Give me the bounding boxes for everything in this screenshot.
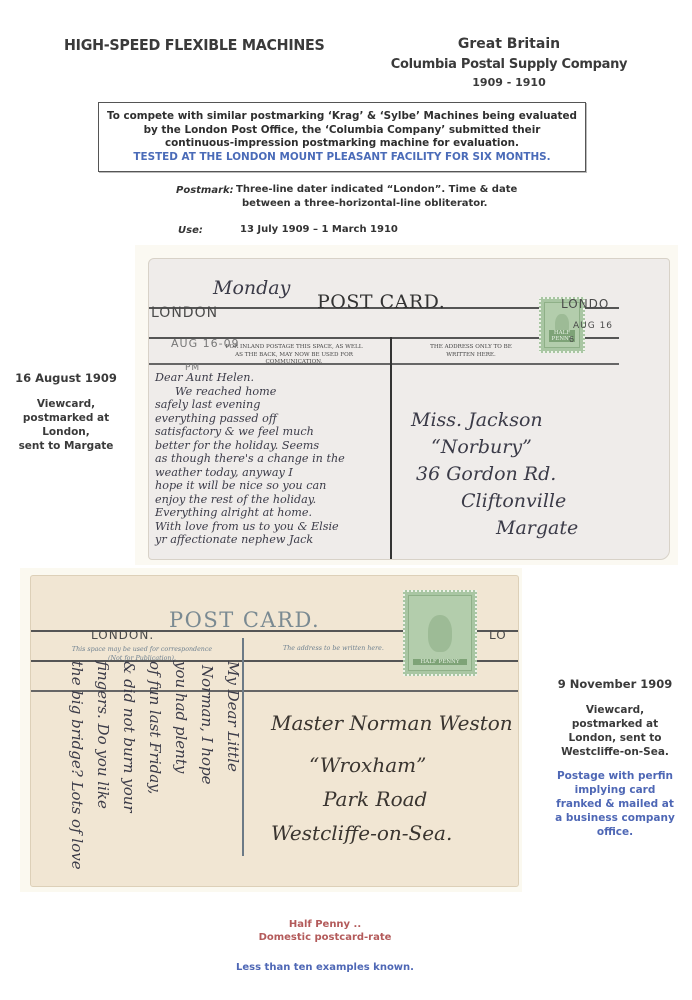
page-title: HIGH-SPEED FLEXIBLE MACHINES [64, 36, 324, 54]
info-line: continuous-impression postmarking machin… [99, 137, 585, 151]
card1-right-note: THE ADDRESS ONLY TO BE WRITTEN HERE. [411, 344, 531, 359]
stamp-label: HALF PENNY [413, 659, 467, 665]
card2-postmark-city: LONDON. [91, 628, 154, 642]
card1-stamp-postmark-city: LONDO [561, 297, 609, 311]
card2-desc-line: Westcliffe-on-Sea. [538, 745, 692, 759]
address-line: “Wroxham” [271, 748, 513, 782]
postmark-line-2: between a three-horizontal-line oblitera… [242, 197, 487, 211]
address-line: “Norbury” [411, 434, 578, 461]
rate-line: Half Penny .. [200, 918, 450, 931]
years-heading: 1909 - 1910 [378, 76, 640, 89]
card2-desc-line: London, sent to [538, 731, 692, 745]
message-line: hope it will be nice so you can [155, 479, 391, 493]
message-line: satisfactory & we feel much [155, 425, 391, 439]
perfin-note-line: a business company [538, 811, 692, 825]
address-line: Park Road [271, 782, 513, 816]
address-line: Cliftonville [411, 488, 578, 515]
info-box: To compete with similar postmarking ‘Kra… [98, 102, 586, 172]
card2-date: 9 November 1909 [538, 677, 692, 691]
postmark-line-1: Three-line dater indicated “London”. Tim… [236, 183, 517, 197]
card1-address: Miss. Jackson “Norbury” 36 Gordon Rd. Cl… [411, 407, 578, 542]
card2-desc-line: Viewcard, [538, 703, 692, 717]
card1-stamp-postmark-date: AUG 16 [573, 321, 613, 331]
address-line: Miss. Jackson [411, 407, 578, 434]
perfin-note-line: office. [538, 825, 692, 839]
card1-desc-line: sent to Margate [0, 439, 132, 453]
message-line: better for the holiday. Seems [155, 439, 391, 453]
card2-side-caption: 9 November 1909 Viewcard, postmarked at … [538, 677, 692, 839]
note-line: AS THE BACK, MAY NOW BE USED FOR [204, 352, 384, 360]
card1-side-caption: 16 August 1909 Viewcard, postmarked at L… [0, 371, 132, 453]
card1-desc-line: Viewcard, [0, 397, 132, 411]
address-line: Master Norman Weston [271, 706, 513, 740]
perfin-note-line: implying card [538, 783, 692, 797]
card2-stamp: HALF PENNY [403, 590, 477, 676]
message-line: & did not burn your [116, 661, 142, 871]
card1-message: Dear Aunt Helen. We reached home safely … [155, 371, 391, 547]
info-line: To compete with similar postmarking ‘Kra… [99, 110, 585, 124]
card1-printed-title: POST CARD. [317, 291, 445, 313]
card1-stamp-postmark-time: 6 [569, 335, 575, 344]
note-line: WRITTEN HERE. [411, 352, 531, 360]
address-line: Margate [411, 515, 578, 542]
card2-stamp-postmark-city: LO [489, 628, 507, 642]
message-line: My Dear Little [220, 661, 246, 871]
card1-postmark-city: LONDON [151, 305, 218, 321]
card1-date: 16 August 1909 [0, 371, 132, 385]
note-line: This space may be used for correspondenc… [39, 645, 245, 654]
use-label: Use: [178, 225, 203, 236]
postcard-1: Monday POST CARD. LONDON AUG 16-09 PM FO… [148, 258, 670, 560]
message-line: everything passed off [155, 412, 391, 426]
address-line: 36 Gordon Rd. [411, 461, 578, 488]
message-line: weather today, anyway I [155, 466, 391, 480]
message-line: the big bridge? Lots of love [64, 661, 90, 871]
postmark-label: Postmark: [176, 185, 234, 196]
use-value: 13 July 1909 – 1 March 1910 [240, 223, 398, 237]
message-line: Dear Aunt Helen. [155, 371, 391, 385]
card1-handwritten-day: Monday [213, 277, 290, 299]
info-line: by the London Post Office, the ‘Columbia… [99, 124, 585, 138]
card2-message: My Dear Little Norman, I hope you had pl… [64, 661, 246, 871]
rarity-note: Less than ten examples known. [200, 961, 450, 975]
message-line: With love from us to you & Elsie [155, 520, 391, 534]
rate-note: Half Penny .. Domestic postcard-rate [200, 918, 450, 944]
message-line: fingers. Do you like [90, 661, 116, 871]
card1-desc-line: postmarked at [0, 411, 132, 425]
rate-line: Domestic postcard-rate [200, 931, 450, 944]
card1-left-note: FOR INLAND POSTAGE THIS SPACE, AS WELL A… [204, 344, 384, 367]
king-portrait-icon [428, 615, 453, 652]
address-line: Westcliffe-on-Sea. [271, 816, 513, 850]
card2-right-note: The address to be written here. [283, 645, 384, 652]
card2-desc-line: postmarked at [538, 717, 692, 731]
perfin-note-line: franked & mailed at [538, 797, 692, 811]
message-line: Everything alright at home. [155, 506, 391, 520]
message-line: as though there's a change in the [155, 452, 391, 466]
postcard-2: POST CARD. LONDON. This space may be use… [30, 575, 519, 887]
message-line: safely last evening [155, 398, 391, 412]
note-line: THE ADDRESS ONLY TO BE [411, 344, 531, 352]
card2-printed-title: POST CARD. [169, 608, 320, 632]
message-line: yr affectionate nephew Jack [155, 533, 391, 547]
card1-desc-line: London, [0, 425, 132, 439]
message-line: Norman, I hope [194, 661, 220, 871]
country-heading: Great Britain [378, 36, 640, 52]
message-line: you had plenty [168, 661, 194, 871]
message-line: We reached home [155, 385, 391, 399]
message-line: of fun last Friday, [142, 661, 168, 871]
info-highlight: TESTED AT THE LONDON MOUNT PLEASANT FACI… [99, 151, 585, 165]
card2-address: Master Norman Weston “Wroxham” Park Road… [271, 706, 513, 850]
message-line: enjoy the rest of the holiday. [155, 493, 391, 507]
note-line: FOR INLAND POSTAGE THIS SPACE, AS WELL [204, 344, 384, 352]
note-line: COMMUNICATION. [204, 359, 384, 367]
company-heading: Columbia Postal Supply Company [378, 57, 640, 72]
perfin-note-line: Postage with perfin [538, 769, 692, 783]
